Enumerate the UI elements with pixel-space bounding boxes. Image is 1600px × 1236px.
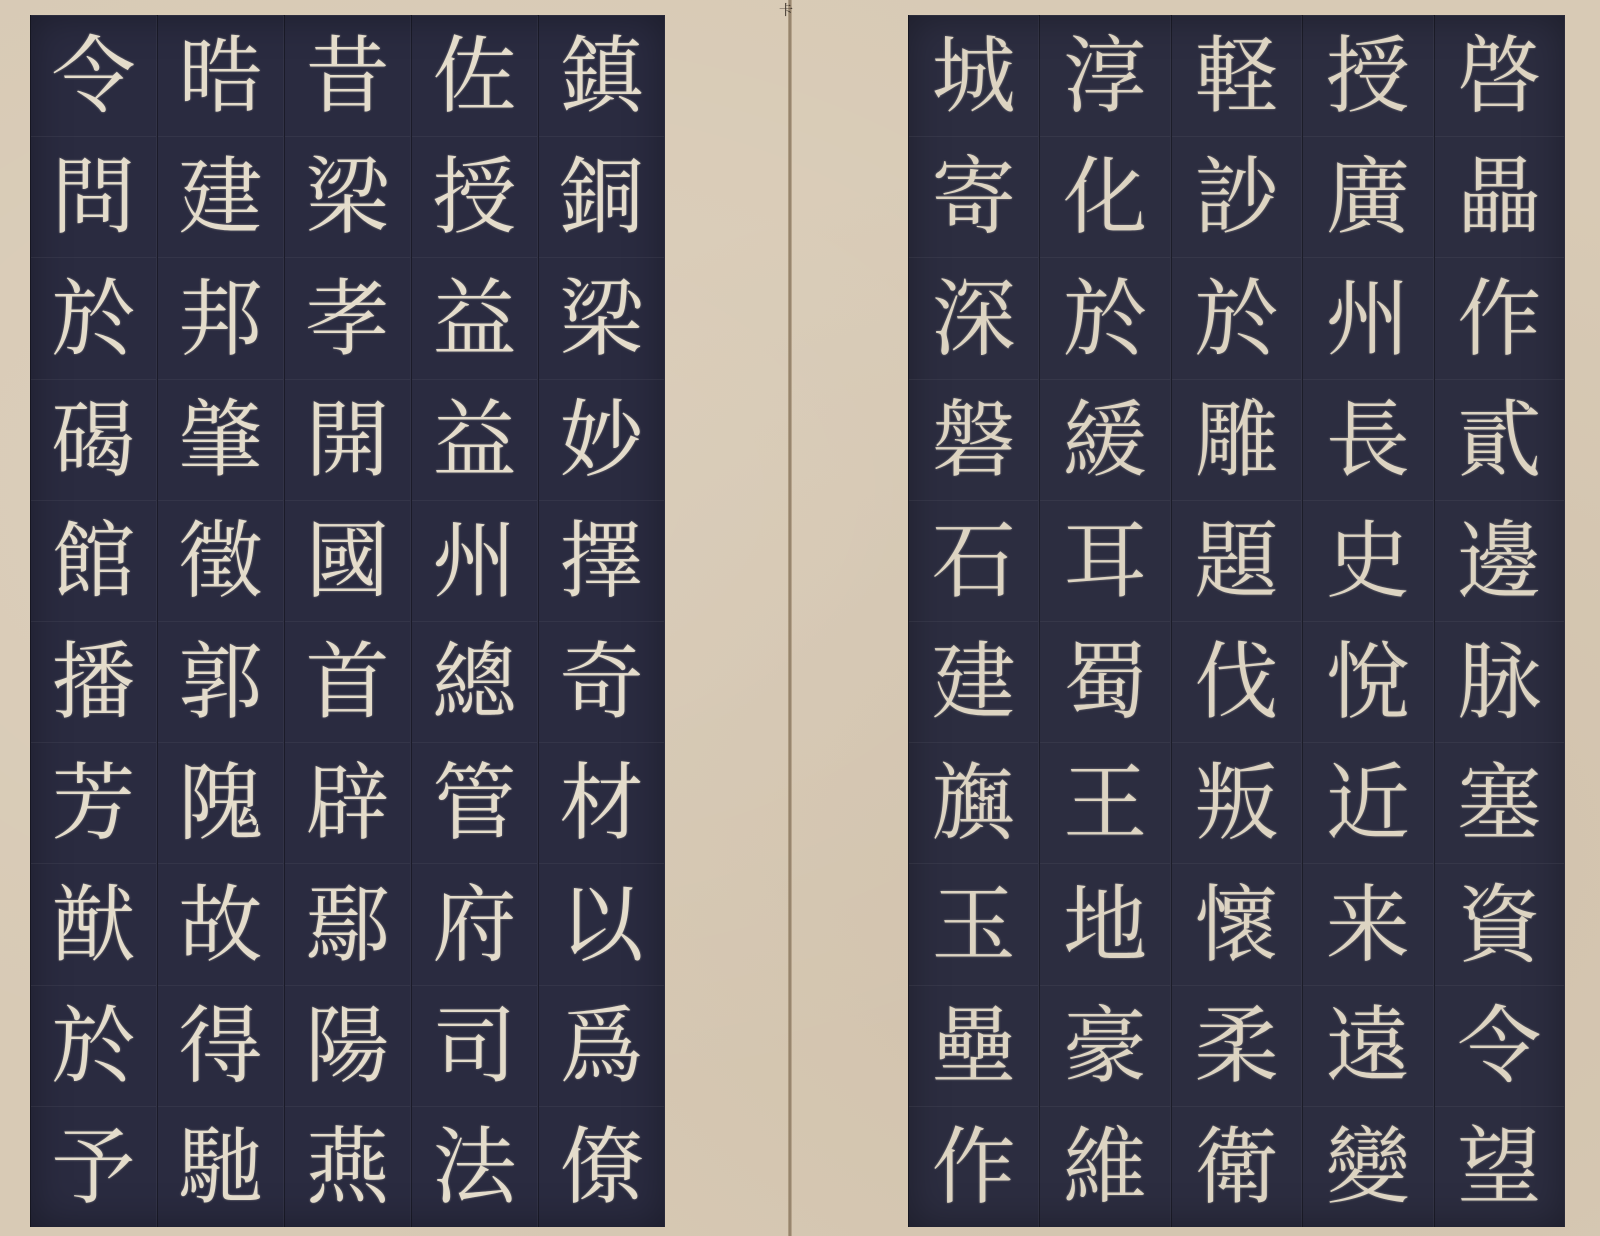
character-cell: 首 bbox=[285, 621, 410, 742]
character-cell: 變 bbox=[1303, 1106, 1432, 1227]
character-cell: 長 bbox=[1303, 379, 1432, 500]
character-cell: 故 bbox=[158, 863, 283, 984]
character-cell: 於 bbox=[1172, 257, 1301, 378]
character-cell: 衛 bbox=[1172, 1106, 1301, 1227]
character-cell: 益 bbox=[412, 379, 537, 500]
character-cell: 資 bbox=[1435, 863, 1564, 984]
character-cell: 爲 bbox=[539, 985, 664, 1106]
character-cell: 塞 bbox=[1435, 742, 1564, 863]
character-cell: 邊 bbox=[1435, 500, 1564, 621]
character-cell: 来 bbox=[1303, 863, 1432, 984]
character-cell: 益 bbox=[412, 257, 537, 378]
left-rubbing-panel: 鎮銅梁妙擇奇材以爲僚佐授益益州總管府司法昔梁孝開國首辟鄢陽燕晧建邦肇徵郭隗故得馳… bbox=[30, 15, 665, 1227]
character-cell: 深 bbox=[909, 257, 1038, 378]
character-cell: 妙 bbox=[539, 379, 664, 500]
character-cell: 隗 bbox=[158, 742, 283, 863]
character-cell: 題 bbox=[1172, 500, 1301, 621]
character-cell: 管 bbox=[412, 742, 537, 863]
character-cell: 廣 bbox=[1303, 136, 1432, 257]
character-cell: 望 bbox=[1435, 1106, 1564, 1227]
character-cell: 叛 bbox=[1172, 742, 1301, 863]
character-cell: 以 bbox=[539, 863, 664, 984]
character-cell: 州 bbox=[412, 500, 537, 621]
character-cell: 於 bbox=[31, 985, 156, 1106]
text-column: 啓畾作貳邊脉塞資令望 bbox=[1434, 15, 1565, 1227]
character-cell: 脉 bbox=[1435, 621, 1564, 742]
text-column: 令問於碣館播芳猷於予 bbox=[30, 15, 157, 1227]
character-cell: 總 bbox=[412, 621, 537, 742]
character-cell: 石 bbox=[909, 500, 1038, 621]
character-cell: 壘 bbox=[909, 985, 1038, 1106]
text-column: 昔梁孝開國首辟鄢陽燕 bbox=[284, 15, 411, 1227]
right-rubbing-panel: 啓畾作貳邊脉塞資令望授廣州長史悅近来遠變軽訬於雕題伐叛懷柔衛淳化於緩耳蜀王地豪維… bbox=[908, 15, 1565, 1227]
character-cell: 擇 bbox=[539, 500, 664, 621]
character-cell: 作 bbox=[1435, 257, 1564, 378]
character-cell: 淳 bbox=[1040, 15, 1169, 136]
character-cell: 於 bbox=[31, 257, 156, 378]
character-cell: 蜀 bbox=[1040, 621, 1169, 742]
text-column: 佐授益益州總管府司法 bbox=[411, 15, 538, 1227]
character-cell: 梁 bbox=[539, 257, 664, 378]
character-cell: 令 bbox=[1435, 985, 1564, 1106]
character-cell: 播 bbox=[31, 621, 156, 742]
character-cell: 碣 bbox=[31, 379, 156, 500]
character-cell: 予 bbox=[31, 1106, 156, 1227]
character-cell: 陽 bbox=[285, 985, 410, 1106]
character-cell: 旟 bbox=[909, 742, 1038, 863]
character-cell: 司 bbox=[412, 985, 537, 1106]
character-cell: 法 bbox=[412, 1106, 537, 1227]
character-cell: 州 bbox=[1303, 257, 1432, 378]
character-cell: 豪 bbox=[1040, 985, 1169, 1106]
character-cell: 緩 bbox=[1040, 379, 1169, 500]
character-cell: 材 bbox=[539, 742, 664, 863]
character-cell: 城 bbox=[909, 15, 1038, 136]
character-cell: 近 bbox=[1303, 742, 1432, 863]
character-cell: 猷 bbox=[31, 863, 156, 984]
character-cell: 化 bbox=[1040, 136, 1169, 257]
character-cell: 邦 bbox=[158, 257, 283, 378]
character-cell: 於 bbox=[1040, 257, 1169, 378]
character-cell: 訬 bbox=[1172, 136, 1301, 257]
character-cell: 玉 bbox=[909, 863, 1038, 984]
character-cell: 悅 bbox=[1303, 621, 1432, 742]
text-column: 授廣州長史悅近来遠變 bbox=[1302, 15, 1433, 1227]
character-cell: 孝 bbox=[285, 257, 410, 378]
text-column: 晧建邦肇徵郭隗故得馳 bbox=[157, 15, 284, 1227]
character-cell: 耳 bbox=[1040, 500, 1169, 621]
character-cell: 維 bbox=[1040, 1106, 1169, 1227]
fold-mark: 卡 bbox=[776, 2, 796, 20]
character-cell: 肇 bbox=[158, 379, 283, 500]
character-cell: 辟 bbox=[285, 742, 410, 863]
character-cell: 磐 bbox=[909, 379, 1038, 500]
book-fold bbox=[788, 0, 792, 1236]
text-column: 軽訬於雕題伐叛懷柔衛 bbox=[1171, 15, 1302, 1227]
character-cell: 佐 bbox=[412, 15, 537, 136]
character-cell: 徵 bbox=[158, 500, 283, 621]
character-cell: 馳 bbox=[158, 1106, 283, 1227]
character-cell: 寄 bbox=[909, 136, 1038, 257]
character-cell: 府 bbox=[412, 863, 537, 984]
character-cell: 作 bbox=[909, 1106, 1038, 1227]
character-cell: 燕 bbox=[285, 1106, 410, 1227]
character-cell: 授 bbox=[412, 136, 537, 257]
character-cell: 鎮 bbox=[539, 15, 664, 136]
character-cell: 銅 bbox=[539, 136, 664, 257]
character-cell: 開 bbox=[285, 379, 410, 500]
character-cell: 授 bbox=[1303, 15, 1432, 136]
character-cell: 得 bbox=[158, 985, 283, 1106]
character-cell: 問 bbox=[31, 136, 156, 257]
character-cell: 芳 bbox=[31, 742, 156, 863]
character-cell: 鄢 bbox=[285, 863, 410, 984]
character-cell: 畾 bbox=[1435, 136, 1564, 257]
text-column: 城寄深磐石建旟玉壘作 bbox=[908, 15, 1039, 1227]
character-cell: 王 bbox=[1040, 742, 1169, 863]
character-cell: 軽 bbox=[1172, 15, 1301, 136]
character-cell: 僚 bbox=[539, 1106, 664, 1227]
character-cell: 郭 bbox=[158, 621, 283, 742]
character-cell: 伐 bbox=[1172, 621, 1301, 742]
text-column: 淳化於緩耳蜀王地豪維 bbox=[1039, 15, 1170, 1227]
character-cell: 雕 bbox=[1172, 379, 1301, 500]
character-cell: 史 bbox=[1303, 500, 1432, 621]
character-cell: 貳 bbox=[1435, 379, 1564, 500]
character-cell: 館 bbox=[31, 500, 156, 621]
character-cell: 啓 bbox=[1435, 15, 1564, 136]
character-cell: 國 bbox=[285, 500, 410, 621]
character-cell: 建 bbox=[158, 136, 283, 257]
character-cell: 晧 bbox=[158, 15, 283, 136]
character-cell: 梁 bbox=[285, 136, 410, 257]
character-cell: 柔 bbox=[1172, 985, 1301, 1106]
character-cell: 昔 bbox=[285, 15, 410, 136]
character-cell: 令 bbox=[31, 15, 156, 136]
character-cell: 奇 bbox=[539, 621, 664, 742]
text-column: 鎮銅梁妙擇奇材以爲僚 bbox=[538, 15, 665, 1227]
character-cell: 地 bbox=[1040, 863, 1169, 984]
character-cell: 懷 bbox=[1172, 863, 1301, 984]
character-cell: 建 bbox=[909, 621, 1038, 742]
character-cell: 遠 bbox=[1303, 985, 1432, 1106]
